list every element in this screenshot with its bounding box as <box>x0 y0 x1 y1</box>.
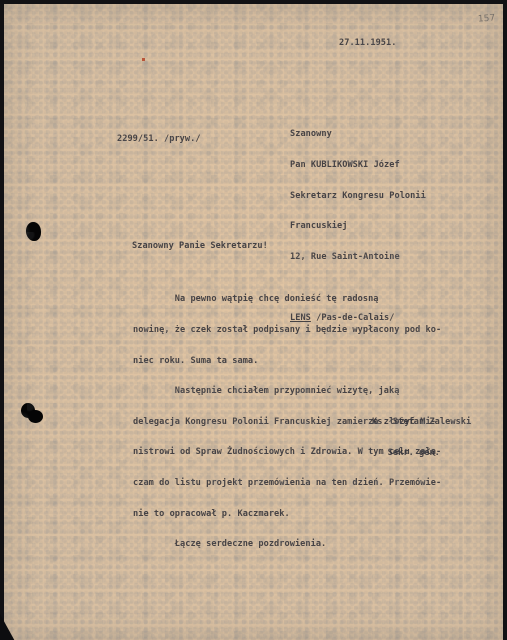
scanned-page: 157 27.11.1951. 2299/51. /pryw./ Szanown… <box>0 0 507 640</box>
body-line: nowinę, że czek został podpisany i będzi… <box>133 325 441 335</box>
letter-date: 27.11.1951. <box>339 38 396 48</box>
ink-stain <box>142 58 145 61</box>
body-line: Następnie chciałem przypomnieć wizytę, j… <box>133 386 441 396</box>
page-number: 157 <box>477 13 495 24</box>
punch-hole <box>28 410 43 423</box>
body-line: niec roku. Suma ta sama. <box>133 356 441 366</box>
body-line: czam do listu projekt przemówienia na te… <box>133 478 441 488</box>
body-line: Łączę serdeczne pozdrowienia. <box>133 539 441 549</box>
address-line: Szanowny <box>290 129 426 139</box>
address-line: 12, Rue Saint-Antoine <box>290 252 426 262</box>
punch-hole <box>26 222 41 241</box>
address-line: Pan KUBLIKOWSKI Józef <box>290 160 426 170</box>
signature-title: Sekr. gen. <box>372 448 471 458</box>
salutation: Szanowny Panie Sekretarzu! <box>132 241 268 251</box>
signature-name: Ks. Stefan Zalewski <box>372 417 471 427</box>
signature-block: Ks. Stefan Zalewski Sekr. gen. <box>372 397 471 479</box>
body-line: Na pewno wątpię chcę donieść tę radosną <box>133 294 441 304</box>
address-line: Sekretarz Kongresu Polonii <box>290 191 426 201</box>
body-line: nie to opracował p. Kaczmarek. <box>133 509 441 519</box>
address-line: Francuskiej <box>290 221 426 231</box>
reference-number: 2299/51. /pryw./ <box>117 134 201 144</box>
paper-sheet: 157 27.11.1951. 2299/51. /pryw./ Szanown… <box>4 4 503 640</box>
